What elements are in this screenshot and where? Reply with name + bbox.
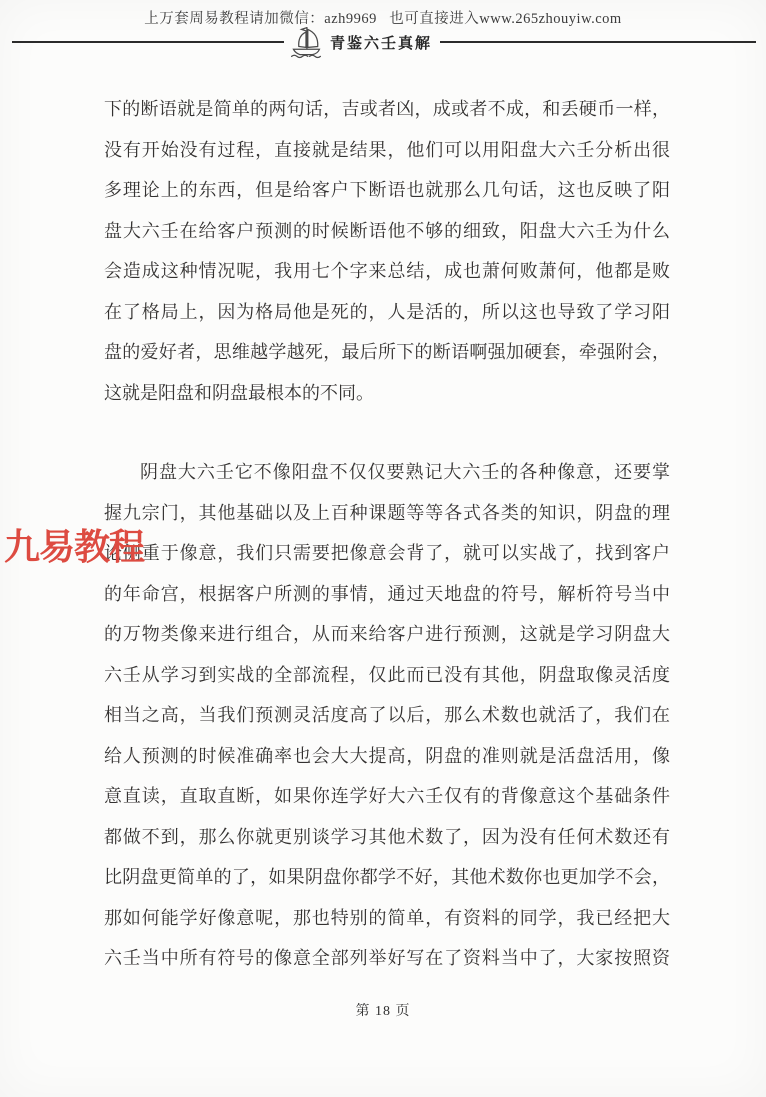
text-line: 的年命宫，根据客户所测的事情，通过天地盘的符号，解析符号当中 — [104, 574, 670, 615]
page-body-text: 下的断语就是简单的两句话，吉或者凶，成或者不成，和丢硬币一样，没有开始没有过程，… — [104, 89, 670, 979]
header-divider: 青鉴六壬真解 — [12, 24, 756, 60]
sailboat-logo-icon — [284, 24, 328, 60]
text-line: 会造成这种情况呢，我用七个字来总结，成也萧何败萧何，他都是败 — [104, 251, 670, 292]
text-line: 阴盘大六壬它不像阳盘不仅仅要熟记大六壬的各种像意，还要掌 — [104, 452, 670, 493]
paragraph-2: 阴盘大六壬它不像阳盘不仅仅要熟记大六壬的各种像意，还要掌握九宗门，其他基础以及上… — [104, 452, 670, 979]
divider-line-right — [440, 41, 756, 43]
text-line: 六壬当中所有符号的像意全部列举好写在了资料当中了，大家按照资 — [104, 938, 670, 979]
text-line: 六壬从学习到实战的全部流程，仅此而已没有其他，阴盘取像灵活度 — [104, 655, 670, 696]
text-line: 这就是阳盘和阴盘最根本的不同。 — [104, 373, 670, 414]
text-line: 给人预测的时候准确率也会大大提高，阴盘的准则就是活盘活用，像 — [104, 736, 670, 777]
divider-line-left — [12, 41, 284, 43]
text-line: 在了格局上，因为格局他是死的，人是活的，所以这也导致了学习阳 — [104, 292, 670, 333]
page-number: 第 18 页 — [0, 1000, 766, 1020]
text-line: 那如何能学好像意呢，那也特别的简单，有资料的同学，我已经把大 — [104, 898, 670, 939]
watermark-text: 九易教程 — [4, 529, 144, 565]
book-title: 青鉴六壬真解 — [330, 32, 432, 53]
paragraph-1: 下的断语就是简单的两句话，吉或者凶，成或者不成，和丢硬币一样，没有开始没有过程，… — [104, 89, 670, 413]
text-line: 没有开始没有过程，直接就是结果，他们可以用阳盘大六壬分析出很 — [104, 130, 670, 171]
text-line: 都做不到，那么你就更别谈学习其他术数了，因为没有任何术数还有 — [104, 817, 670, 858]
text-line: 比阴盘更简单的了，如果阴盘你都学不好，其他术数你也更加学不会， — [104, 857, 670, 898]
text-line: 握九宗门，其他基础以及上百种课题等等各式各类的知识，阴盘的理 — [104, 493, 670, 534]
text-line: 的万物类像来进行组合，从而来给客户进行预测，这就是学习阴盘大 — [104, 614, 670, 655]
text-line: 多理论上的东西，但是给客户下断语也就那么几句话，这也反映了阳 — [104, 170, 670, 211]
text-line: 相当之高，当我们预测灵活度高了以后，那么术数也就活了，我们在 — [104, 695, 670, 736]
document-page: 上万套周易教程请加微信：azh9969 也可直接进入www.265zhouyiw… — [0, 0, 766, 1097]
text-line: 盘的爱好者，思维越学越死，最后所下的断语啊强加硬套，牵强附会， — [104, 332, 670, 373]
text-line: 意直读，直取直断，如果你连学好大六壬仅有的背像意这个基础条件 — [104, 776, 670, 817]
text-line: 论侧重于像意，我们只需要把像意会背了，就可以实战了，找到客户 — [104, 533, 670, 574]
text-line: 盘大六壬在给客户预测的时候断语他不够的细致，阳盘大六壬为什么 — [104, 211, 670, 252]
text-line: 下的断语就是简单的两句话，吉或者凶，成或者不成，和丢硬币一样， — [104, 89, 670, 130]
